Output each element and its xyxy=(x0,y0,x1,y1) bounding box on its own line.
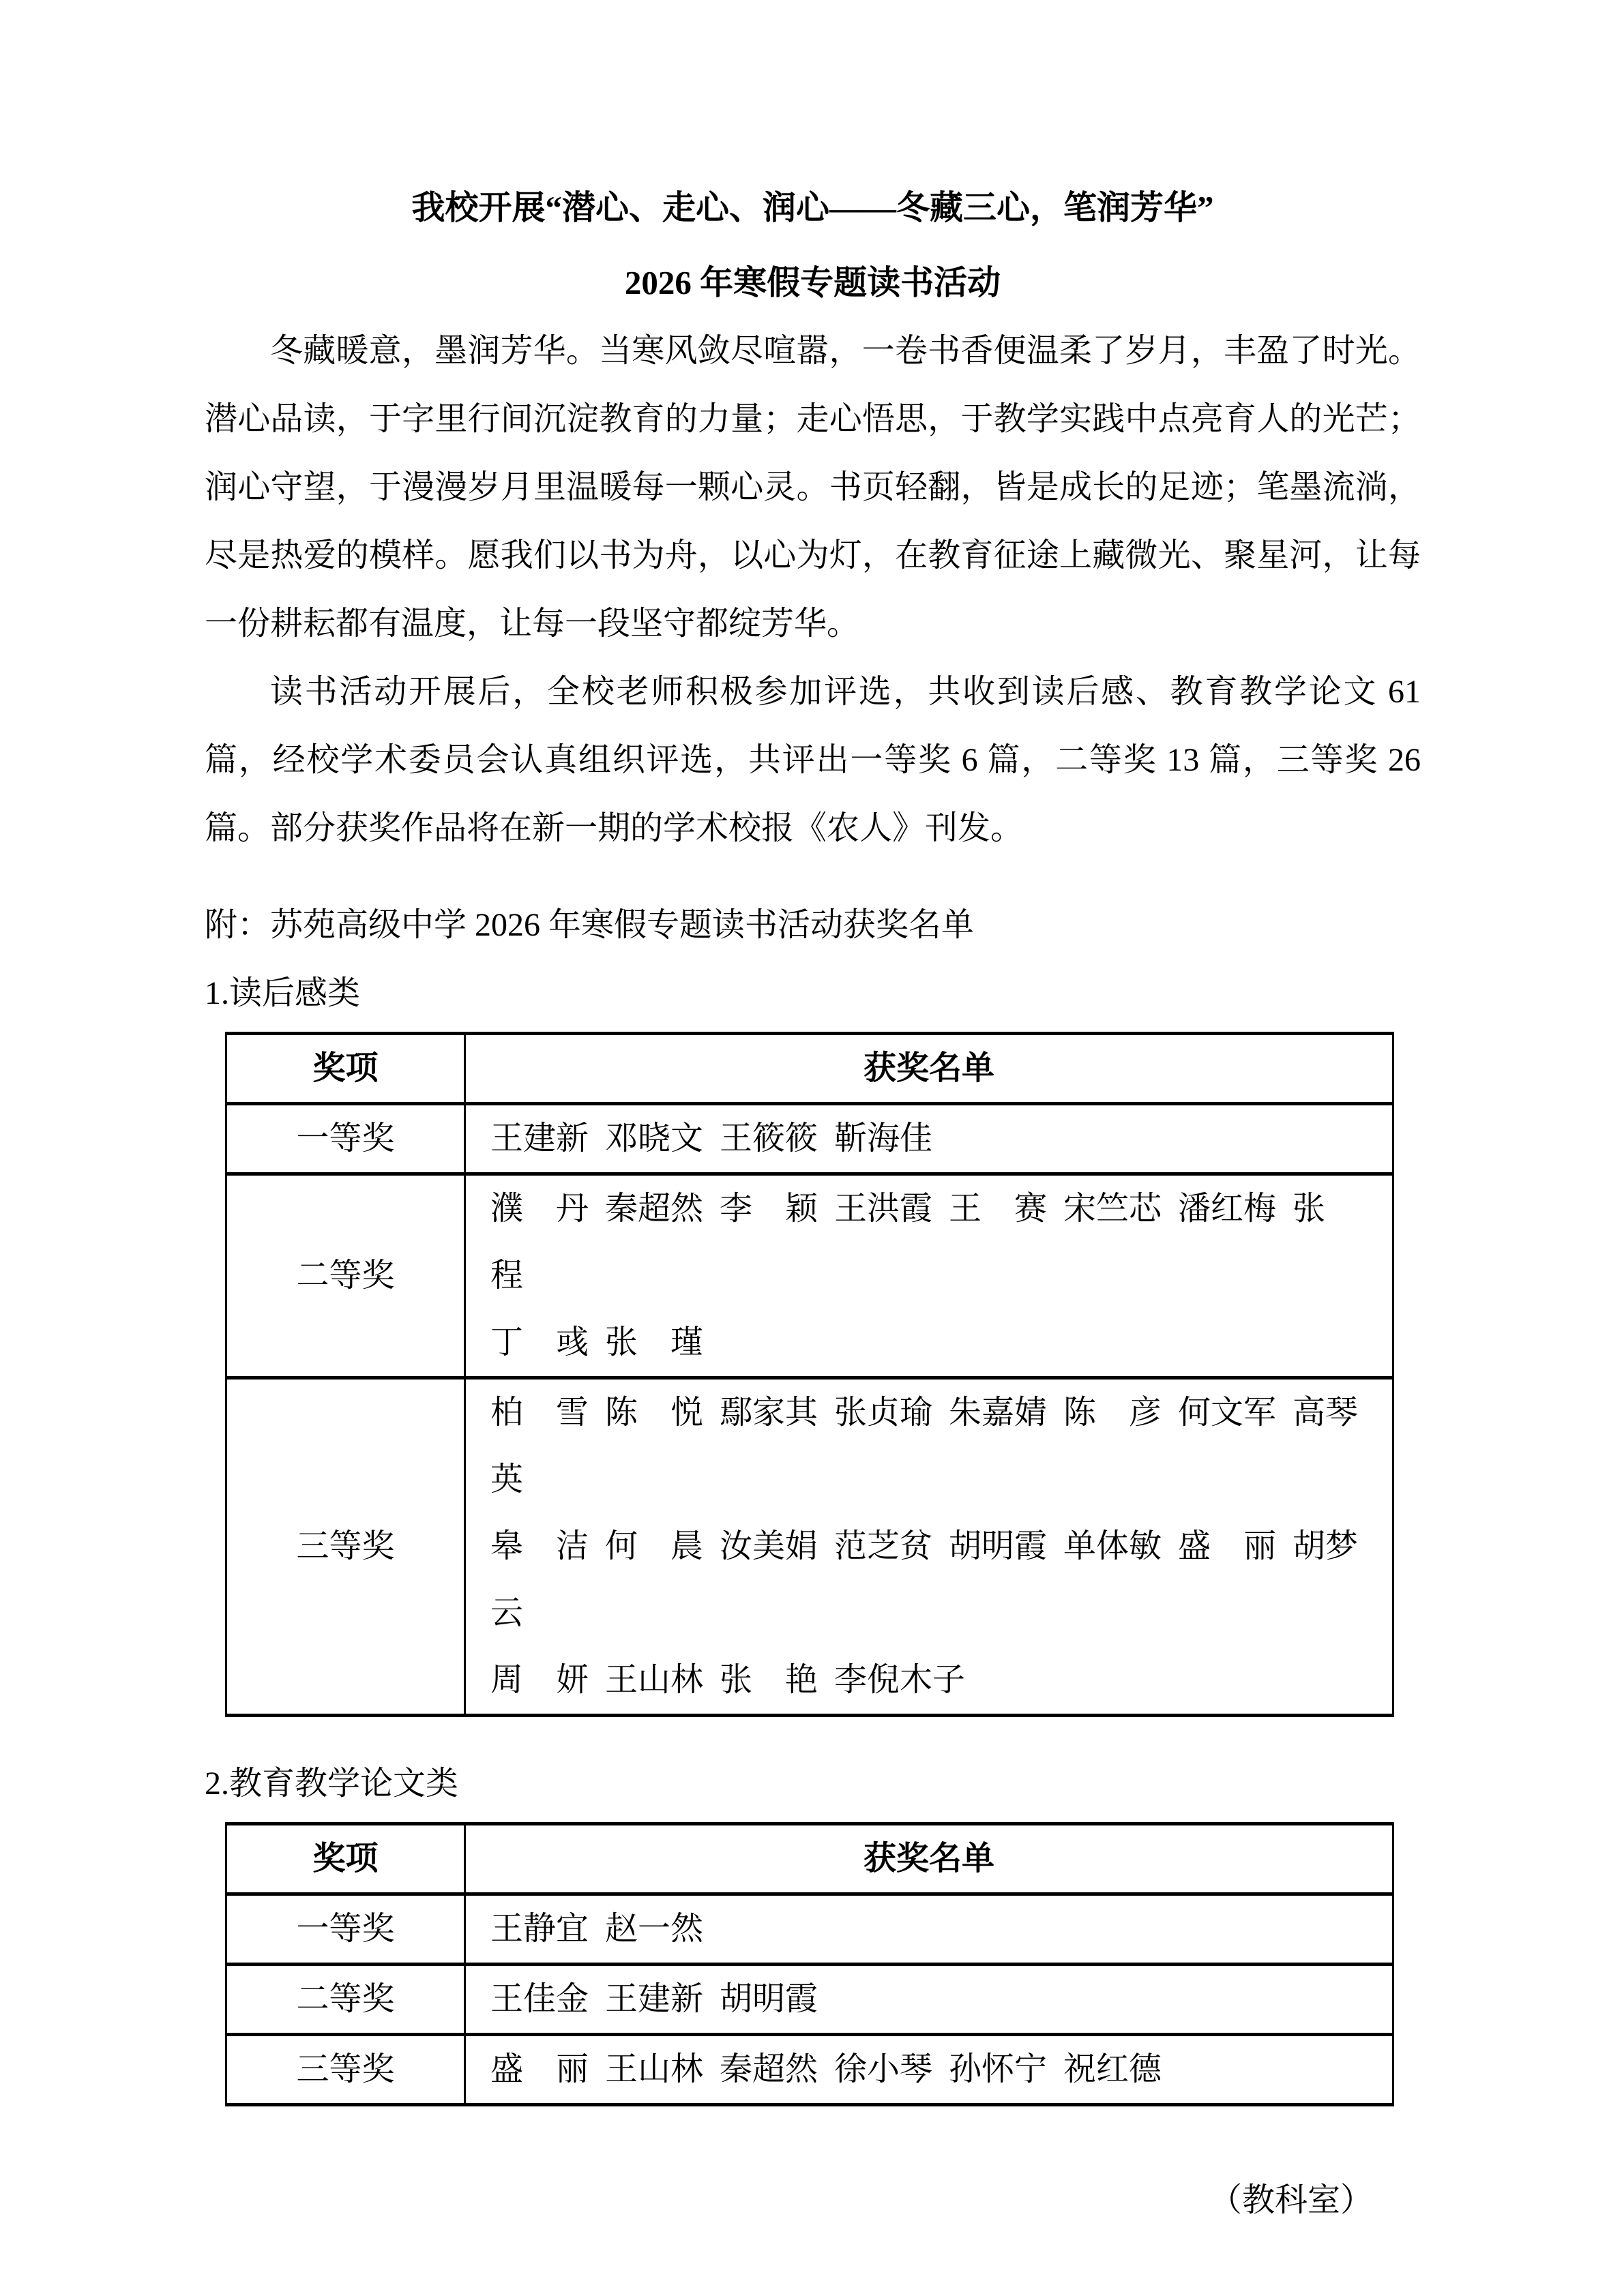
table-row: 三等奖 盛 丽 王山林 秦超然 徐小琴 孙怀宁 祝红德 xyxy=(226,2035,1393,2105)
document-subtitle: 2026 年寒假专题读书活动 xyxy=(205,249,1421,317)
winner-line: 皋 洁 何 晨 汝美娟 范芝贫 胡明霞 单体敏 盛 丽 胡梦云 xyxy=(490,1513,1385,1647)
award-cell: 三等奖 xyxy=(226,1378,465,1716)
table-header-row: 奖项 获奖名单 xyxy=(226,1824,1393,1894)
winners-cell: 王建新 邓晓文 王筱筱 靳海佳 xyxy=(465,1104,1393,1174)
section-label-reading-reflections: 1.读后感类 xyxy=(205,959,1421,1028)
awards-table-reading-reflections: 奖项 获奖名单 一等奖 王建新 邓晓文 王筱筱 靳海佳 二等奖 濮 丹 秦超然 … xyxy=(225,1032,1394,1717)
award-cell: 二等奖 xyxy=(226,1174,465,1378)
winner-line: 濮 丹 秦超然 李 颖 王洪霞 王 赛 宋竺芯 潘红梅 张 程 xyxy=(490,1176,1385,1309)
document-page: 我校开展“潜心、走心、润心——冬藏三心，笔润芳华” 2026 年寒假专题读书活动… xyxy=(0,0,1624,2296)
winner-line: 盛 丽 王山林 秦超然 徐小琴 孙怀宁 祝红德 xyxy=(490,2036,1385,2103)
awards-table-teaching-papers: 奖项 获奖名单 一等奖 王静宜 赵一然 二等奖 王佳金 王建新 胡明霞 三等奖 … xyxy=(225,1822,1394,2106)
winners-cell: 王佳金 王建新 胡明霞 xyxy=(465,1965,1393,2035)
document-title: 我校开展“潜心、走心、润心——冬藏三心，笔润芳华” xyxy=(205,174,1421,242)
winner-line: 柏 雪 陈 悦 鄢家其 张贞瑜 朱嘉婧 陈 彦 何文军 高琴英 xyxy=(490,1380,1385,1513)
table-header-winners: 获奖名单 xyxy=(465,1824,1393,1894)
award-cell: 二等奖 xyxy=(226,1965,465,2035)
table-header-winners: 获奖名单 xyxy=(465,1034,1393,1104)
winner-line: 王佳金 王建新 胡明霞 xyxy=(490,1966,1385,2033)
document-content: 我校开展“潜心、走心、润心——冬藏三心，笔润芳华” 2026 年寒假专题读书活动… xyxy=(205,174,1421,2235)
winner-line: 丁 彧 张 瑾 xyxy=(490,1309,1385,1376)
winners-cell: 濮 丹 秦超然 李 颖 王洪霞 王 赛 宋竺芯 潘红梅 张 程 丁 彧 张 瑾 xyxy=(465,1174,1393,1378)
attachment-heading: 附：苏苑高级中学 2026 年寒假专题读书活动获奖名单 xyxy=(205,891,1421,959)
table-row: 三等奖 柏 雪 陈 悦 鄢家其 张贞瑜 朱嘉婧 陈 彦 何文军 高琴英 皋 洁 … xyxy=(226,1378,1393,1716)
winners-cell: 柏 雪 陈 悦 鄢家其 张贞瑜 朱嘉婧 陈 彦 何文军 高琴英 皋 洁 何 晨 … xyxy=(465,1378,1393,1716)
signature-department: （教科室） xyxy=(205,2166,1421,2235)
paragraph-results: 读书活动开展后，全校老师积极参加评选，共收到读后感、教育教学论文 61 篇，经校… xyxy=(205,658,1421,863)
award-cell: 一等奖 xyxy=(226,1104,465,1174)
table-row: 二等奖 濮 丹 秦超然 李 颖 王洪霞 王 赛 宋竺芯 潘红梅 张 程 丁 彧 … xyxy=(226,1174,1393,1378)
table-row: 二等奖 王佳金 王建新 胡明霞 xyxy=(226,1965,1393,2035)
winner-line: 王静宜 赵一然 xyxy=(490,1896,1385,1963)
table-row: 一等奖 王静宜 赵一然 xyxy=(226,1894,1393,1965)
winners-cell: 王静宜 赵一然 xyxy=(465,1894,1393,1965)
award-cell: 一等奖 xyxy=(226,1894,465,1965)
paragraph-intro: 冬藏暖意，墨润芳华。当寒风敛尽喧嚣，一卷书香便温柔了岁月，丰盈了时光。潜心品读，… xyxy=(205,317,1421,658)
table-header-award: 奖项 xyxy=(226,1034,465,1104)
award-cell: 三等奖 xyxy=(226,2035,465,2105)
section-label-teaching-papers: 2.教育教学论文类 xyxy=(205,1750,1421,1818)
winner-line: 周 妍 王山林 张 艳 李倪木子 xyxy=(490,1647,1385,1714)
winners-cell: 盛 丽 王山林 秦超然 徐小琴 孙怀宁 祝红德 xyxy=(465,2035,1393,2105)
table-header-row: 奖项 获奖名单 xyxy=(226,1034,1393,1104)
table-row: 一等奖 王建新 邓晓文 王筱筱 靳海佳 xyxy=(226,1104,1393,1174)
winner-line: 王建新 邓晓文 王筱筱 靳海佳 xyxy=(490,1105,1385,1172)
table-header-award: 奖项 xyxy=(226,1824,465,1894)
